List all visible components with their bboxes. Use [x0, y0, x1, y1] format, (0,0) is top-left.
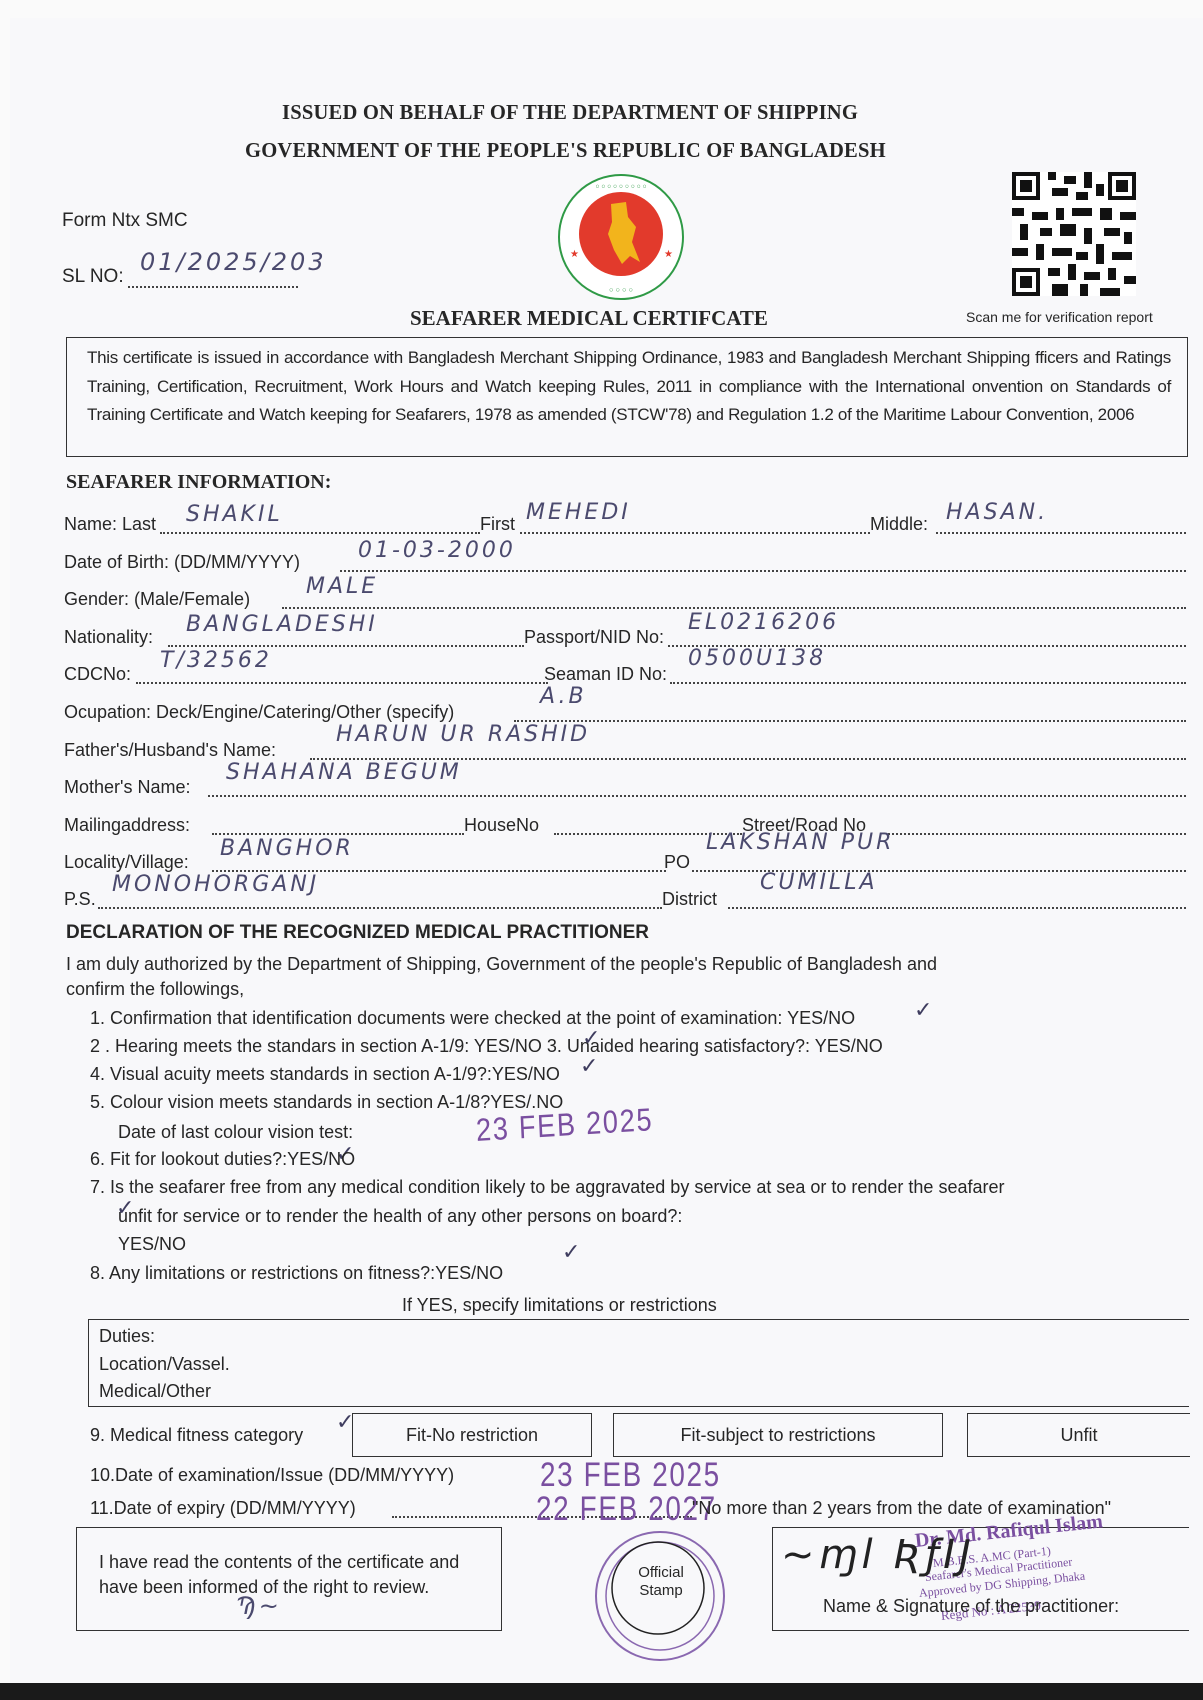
district-label: District	[662, 889, 717, 910]
svg-text:◦◦◦◦: ◦◦◦◦	[608, 284, 634, 297]
father-name-value[interactable]: HARUN UR RASHID	[336, 722, 590, 747]
limitations-box: Duties: Location/Vassel. Medical/Other	[88, 1319, 1189, 1407]
practitioner-signature: ~ɱl ƦƒIJ	[781, 1532, 975, 1578]
mailing-address-label: Mailingaddress:	[64, 815, 190, 836]
passport-value[interactable]: EL0216206	[688, 610, 839, 635]
locality-label: Locality/Village:	[64, 852, 189, 873]
name-middle-label: Middle:	[870, 514, 928, 535]
limitation-medical: Medical/Other	[99, 1381, 211, 1402]
mother-name-label: Mother's Name:	[64, 777, 190, 798]
form-number: Form Ntx SMC	[62, 210, 188, 232]
seaman-id-value[interactable]: 0500U138	[688, 646, 826, 671]
official-stamp-label: Official Stamp	[636, 1564, 686, 1600]
checkmark-icon: ✓	[116, 1196, 134, 1221]
locality-value[interactable]: BANGHOR	[220, 836, 354, 861]
checkmark-icon: ✓	[582, 1026, 600, 1051]
declaration-item-5: 5. Colour vision meets standards in sect…	[90, 1092, 563, 1113]
declaration-item-8: 8. Any limitations or restrictions on fi…	[90, 1263, 503, 1284]
declaration-intro-1: I am duly authorized by the Department o…	[66, 954, 937, 975]
limitation-duties: Duties:	[99, 1326, 155, 1347]
name-first-label: First	[480, 514, 515, 535]
scan-edge	[0, 1683, 1203, 1700]
expiry-date-stamp: 22 FEB 2027	[536, 1490, 717, 1529]
svg-text:◦◦◦◦◦◦◦◦◦: ◦◦◦◦◦◦◦◦◦	[594, 182, 647, 193]
checkmark-icon: ✓	[562, 1240, 580, 1265]
mother-name-value[interactable]: SHAHANA BEGUM	[226, 760, 462, 785]
nationality-label: Nationality:	[64, 627, 153, 648]
checkmark-icon: ✓	[580, 1054, 598, 1079]
intro-text: This certificate is issued in accordance…	[87, 344, 1171, 430]
name-first-value[interactable]: MEHEDI	[526, 500, 631, 525]
svg-text:★: ★	[570, 249, 579, 260]
dob-label: Date of Birth: (DD/MM/YYYY)	[64, 552, 300, 573]
po-label: PO	[664, 852, 690, 873]
certificate-title: SEAFARER MEDICAL CERTIFCATE	[410, 306, 768, 331]
government-seal-icon: ◦◦◦◦◦◦◦◦◦ ◦◦◦◦ ★ ★	[556, 172, 686, 302]
fitness-option-fit-subject[interactable]: Fit-subject to restrictions	[613, 1413, 943, 1457]
colour-vision-date-label: Date of last colour vision test:	[118, 1122, 353, 1143]
dob-value[interactable]: 01-03-2000	[358, 538, 516, 563]
declaration-item-1: 1. Confirmation that identification docu…	[90, 1008, 855, 1029]
declaration-heading: DECLARATION OF THE RECOGNIZED MEDICAL PR…	[66, 922, 649, 944]
sl-label: SL NO:	[62, 266, 124, 288]
district-value[interactable]: CUMILLA	[760, 870, 878, 895]
qr-caption: Scan me for verification report	[966, 309, 1153, 325]
limitation-location: Location/Vassel.	[99, 1354, 230, 1375]
declaration-item-4: 4. Visual acuity meets standards in sect…	[90, 1064, 560, 1085]
declaration-item-7-answer: YES/NO	[118, 1234, 186, 1255]
po-value[interactable]: LAKSHAN PUR	[706, 830, 894, 855]
intro-box: This certificate is issued in accordance…	[66, 337, 1188, 457]
cdc-value[interactable]: T/32562	[160, 648, 272, 673]
ps-label: P.S.	[64, 889, 96, 910]
header-line-1: ISSUED ON BEHALF OF THE DEPARTMENT OF SH…	[282, 100, 858, 125]
svg-text:★: ★	[664, 249, 673, 260]
fitness-category-label: 9. Medical fitness category	[90, 1425, 303, 1446]
header-line-2: GOVERNMENT OF THE PEOPLE'S REPUBLIC OF B…	[245, 138, 886, 163]
name-last-label: Name: Last	[64, 514, 156, 535]
ps-value[interactable]: MONOHORGANJ	[112, 872, 319, 897]
declaration-item-7: 7. Is the seafarer free from any medical…	[90, 1177, 1004, 1198]
occupation-value[interactable]: A.B	[540, 684, 587, 709]
name-middle-value[interactable]: HASAN.	[946, 500, 1048, 525]
sl-number: 01/2025/203	[140, 248, 327, 276]
declaration-item-2-3: 2 . Hearing meets the standars in sectio…	[90, 1036, 883, 1057]
fitness-option-fit-no-restriction[interactable]: Fit-No restriction	[352, 1413, 592, 1457]
qr-code-icon[interactable]	[1012, 172, 1136, 296]
declaration-item-6: 6. Fit for lookout duties?:YES/NO	[90, 1149, 355, 1170]
practitioner-box: Dr. Md. Rafiqul Islam M.B.B.S. A.MC (Par…	[772, 1527, 1189, 1631]
official-stamp: Official Stamp	[580, 1528, 740, 1663]
limitations-heading: If YES, specify limitations or restricti…	[402, 1295, 717, 1316]
fitness-option-unfit[interactable]: Unfit	[967, 1413, 1190, 1457]
passport-label: Passport/NID No:	[524, 627, 664, 648]
cdc-label: CDCNo:	[64, 664, 131, 685]
expiry-date-label: 11.Date of expiry (DD/MM/YYYY)	[90, 1498, 356, 1519]
acknowledgement-box: I have read the contents of the certific…	[76, 1527, 502, 1631]
acknowledgement-text: I have read the contents of the certific…	[99, 1550, 479, 1600]
name-last-value[interactable]: SHAKIL	[186, 502, 283, 527]
gender-value[interactable]: MALE	[306, 574, 378, 599]
father-name-label: Father's/Husband's Name:	[64, 740, 276, 761]
occupation-label: Ocupation: Deck/Engine/Catering/Other (s…	[64, 702, 454, 723]
declaration-item-7-cont: unfit for service or to render the healt…	[118, 1206, 682, 1227]
house-no-label: HouseNo	[464, 815, 539, 836]
declaration-intro-2: confirm the followings,	[66, 979, 244, 1000]
nationality-value[interactable]: BANGLADESHI	[186, 612, 378, 637]
practitioner-label: Name & Signature of the practitioner:	[823, 1596, 1119, 1617]
gender-label: Gender: (Male/Female)	[64, 589, 250, 610]
seafarer-signature: Ϡ~	[235, 1592, 282, 1620]
seafarer-info-heading: SEAFARER INFORMATION:	[66, 471, 331, 494]
exam-date-label: 10.Date of examination/Issue (DD/MM/YYYY…	[90, 1465, 454, 1486]
checkmark-icon: ✓	[914, 998, 932, 1023]
seaman-id-label: Seaman ID No:	[544, 664, 667, 685]
